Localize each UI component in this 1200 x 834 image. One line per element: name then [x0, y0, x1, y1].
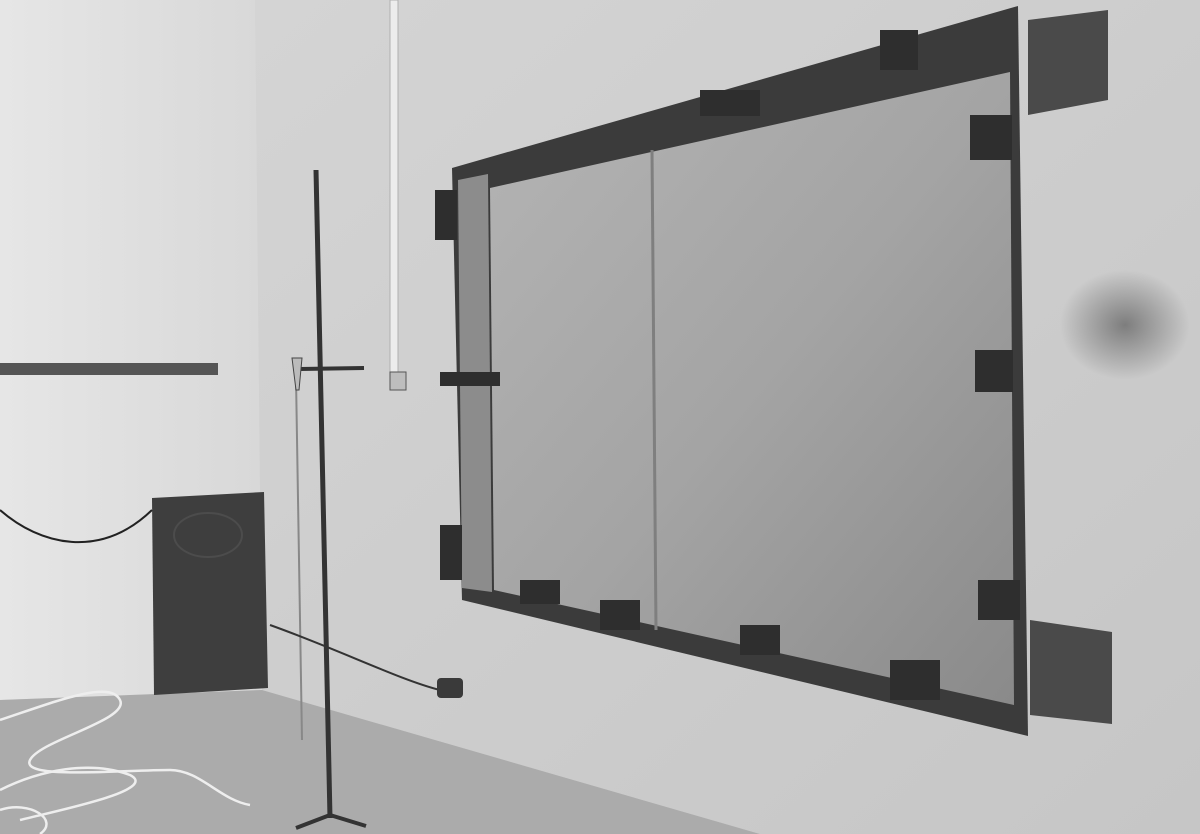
wall-stain [1060, 270, 1190, 380]
mounting-plate-bottom [1030, 620, 1112, 724]
photo-scene [0, 0, 1200, 834]
conduit-pipe [390, 0, 398, 372]
wall-ledge [0, 363, 218, 375]
photograph: Acoustic test room with a large metal pl… [0, 0, 1200, 834]
mounting-plate-top [1028, 10, 1108, 115]
junction-box [390, 372, 406, 390]
cable-connector [437, 678, 463, 698]
loudspeaker-cabinet [152, 492, 268, 695]
